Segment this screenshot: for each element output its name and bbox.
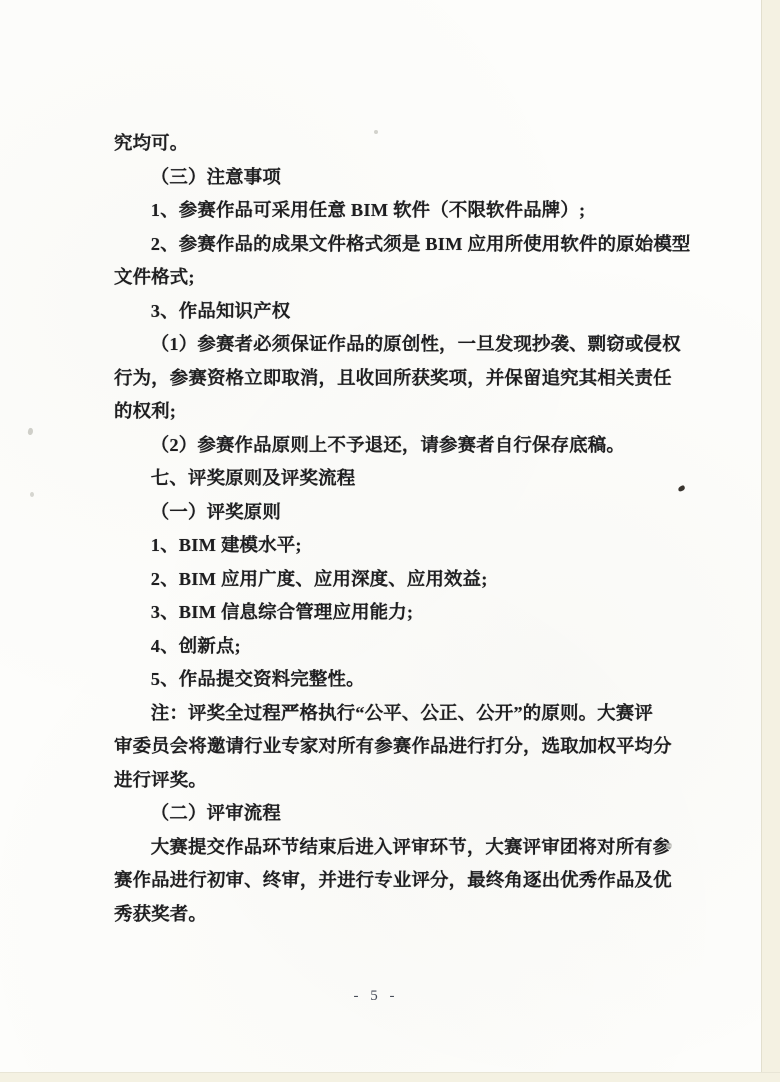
text-line: （2）参赛作品原则上不予退还，请参赛者自行保存底稿。 xyxy=(114,429,676,463)
text-line: 七、评奖原则及评奖流程 xyxy=(114,462,676,496)
text-line: 3、BIM 信息综合管理应用能力; xyxy=(114,596,676,630)
scan-speck xyxy=(374,130,378,134)
text-line: （一）评奖原则 xyxy=(114,496,676,530)
text-line: 大赛提交作品环节结束后进入评审环节，大赛评审团将对所有参 xyxy=(114,831,676,865)
text-line: 3、作品知识产权 xyxy=(114,295,676,329)
ink-speck xyxy=(677,485,685,492)
text-line: （1）参赛者必须保证作品的原创性，一旦发现抄袭、剽窃或侵权 xyxy=(114,328,676,362)
text-line: 进行评奖。 xyxy=(114,764,676,798)
text-line: （三）注意事项 xyxy=(114,161,676,195)
scan-speck xyxy=(30,492,34,497)
text-line: 审委员会将邀请行业专家对所有参赛作品进行打分，选取加权平均分 xyxy=(114,730,676,764)
scan-speck xyxy=(27,427,34,435)
text-line: 究均可。 xyxy=(114,127,676,161)
text-line: 5、作品提交资料完整性。 xyxy=(114,663,676,697)
scanned-document-page: 究均可。（三）注意事项1、参赛作品可采用任意 BIM 软件（不限软件品牌）;2、… xyxy=(0,0,780,1082)
page-number: - 5 - xyxy=(330,986,422,1006)
text-line: 4、创新点; xyxy=(114,630,676,664)
text-line: 2、BIM 应用广度、应用深度、应用效益; xyxy=(114,563,676,597)
scan-edge-bottom xyxy=(0,1072,780,1082)
text-line: （二）评审流程 xyxy=(114,797,676,831)
document-text: 究均可。（三）注意事项1、参赛作品可采用任意 BIM 软件（不限软件品牌）;2、… xyxy=(114,127,676,931)
text-line: 文件格式; xyxy=(114,261,676,295)
text-line: 1、参赛作品可采用任意 BIM 软件（不限软件品牌）; xyxy=(114,194,676,228)
scan-edge-right xyxy=(761,0,780,1082)
text-line: 注：评奖全过程严格执行“公平、公正、公开”的原则。大赛评 xyxy=(114,697,676,731)
text-line: 2、参赛作品的成果文件格式须是 BIM 应用所使用软件的原始模型 xyxy=(114,228,676,262)
text-line: 的权利; xyxy=(114,395,676,429)
text-line: 行为，参赛资格立即取消，且收回所获奖项，并保留追究其相关责任 xyxy=(114,362,676,396)
text-line: 赛作品进行初审、终审，并进行专业评分，最终角逐出优秀作品及优 xyxy=(114,864,676,898)
text-line: 秀获奖者。 xyxy=(114,898,676,932)
text-line: 1、BIM 建模水平; xyxy=(114,529,676,563)
